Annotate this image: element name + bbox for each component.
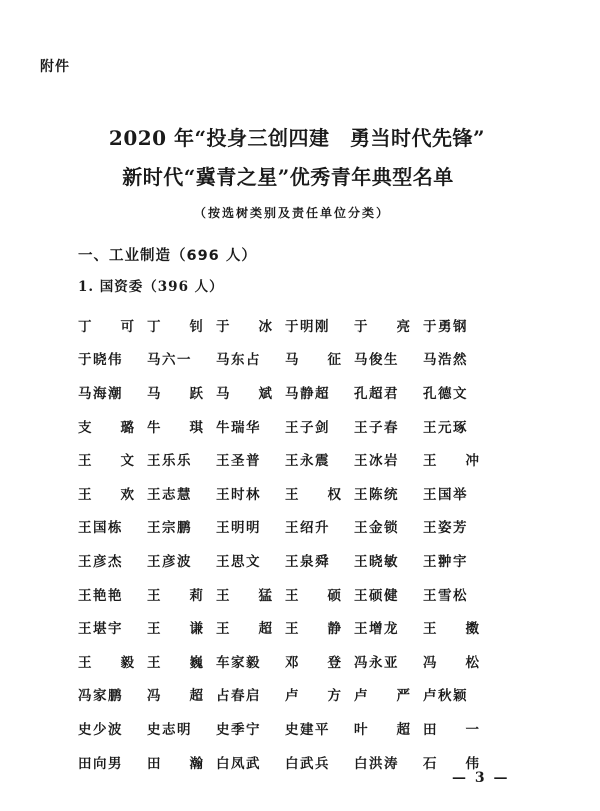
name-entry: 马斌 (216, 382, 285, 402)
name-entry: 马俊生 (354, 348, 423, 368)
name-entry: 卢秋颖 (423, 684, 492, 704)
name-entry: 田一 (423, 718, 492, 738)
name-entry: 白洪涛 (354, 752, 423, 772)
name-entry: 王冰岩 (354, 449, 423, 469)
name-entry: 王子剑 (285, 416, 354, 436)
name-entry: 邓登 (285, 651, 354, 671)
name-entry: 冯松 (423, 651, 492, 671)
name-entry: 孔超君 (354, 382, 423, 402)
name-entry: 王雪松 (423, 584, 492, 604)
name-entry: 史季宁 (216, 718, 285, 738)
name-entry: 于晓伟 (78, 348, 147, 368)
name-entry: 支璐 (78, 416, 147, 436)
name-row: 王堪宇王谦王超王静王增龙王擞 (78, 610, 498, 644)
name-entry: 史少波 (78, 718, 147, 738)
name-entry: 王时林 (216, 483, 285, 503)
name-entry: 王翀宇 (423, 550, 492, 570)
name-entry: 丁可 (78, 315, 147, 335)
name-entry: 占春启 (216, 684, 285, 704)
name-entry: 史建平 (285, 718, 354, 738)
name-entry: 王硕 (285, 584, 354, 604)
name-entry: 王志慧 (147, 483, 216, 503)
name-entry: 王思文 (216, 550, 285, 570)
name-entry: 王莉 (147, 584, 216, 604)
name-entry: 史志明 (147, 718, 216, 738)
name-row: 支璐牛琪牛瑞华王子剑王子春王元琢 (78, 409, 498, 443)
name-row: 马海潮马跃马斌马静超孔超君孔德文 (78, 375, 498, 409)
name-entry: 王晓敏 (354, 550, 423, 570)
section-heading: 一、工业制造（696 人） (78, 244, 257, 265)
name-row: 冯家鹏冯超占春启卢方卢严卢秋颖 (78, 678, 498, 712)
name-entry: 王超 (216, 617, 285, 637)
name-entry: 王擞 (423, 617, 492, 637)
name-entry: 马静超 (285, 382, 354, 402)
name-row: 丁可丁钊于冰于明刚于亮于勇钢 (78, 308, 498, 342)
name-entry: 王静 (285, 617, 354, 637)
name-entry: 马跃 (147, 382, 216, 402)
name-entry: 王堪宇 (78, 617, 147, 637)
name-entry: 冯永亚 (354, 651, 423, 671)
name-entry: 石伟 (423, 752, 492, 772)
name-entry: 王国举 (423, 483, 492, 503)
name-entry: 丁钊 (147, 315, 216, 335)
name-row: 田向男田瀚白凤武白武兵白洪涛石伟 (78, 745, 498, 779)
subsection-heading: 1. 国资委（396 人） (78, 275, 224, 295)
document-title-line-1: 2020 年“投身三创四建 勇当时代先锋” (0, 122, 597, 151)
name-entry: 王权 (285, 483, 354, 503)
document-title-line-2: 新时代“冀青之星”优秀青年典型名单 (0, 161, 588, 190)
name-entry: 王永震 (285, 449, 354, 469)
name-entry: 牛瑞华 (216, 416, 285, 436)
name-entry: 卢严 (354, 684, 423, 704)
attachment-label: 附件 (40, 56, 70, 76)
name-entry: 于勇钢 (423, 315, 492, 335)
name-entry: 王彦杰 (78, 550, 147, 570)
name-entry: 王圣普 (216, 449, 285, 469)
name-entry: 王泉舜 (285, 550, 354, 570)
name-entry: 王乐乐 (147, 449, 216, 469)
document-subtitle: （按选树类别及责任单位分类） (0, 204, 592, 221)
name-entry: 于冰 (216, 315, 285, 335)
name-entry: 于明刚 (285, 315, 354, 335)
name-entry: 王国栋 (78, 516, 147, 536)
name-entry: 孔德文 (423, 382, 492, 402)
name-row: 王国栋王宗鹏王明明王绍升王金锁王姿芳 (78, 510, 498, 544)
name-row: 王彦杰王彦波王思文王泉舜王晓敏王翀宇 (78, 543, 498, 577)
name-entry: 王元琢 (423, 416, 492, 436)
name-entry: 王绍升 (285, 516, 354, 536)
name-entry: 王艳艳 (78, 584, 147, 604)
name-entry: 王姿芳 (423, 516, 492, 536)
name-row: 王欢王志慧王时林王权王陈统王国举 (78, 476, 498, 510)
name-entry: 王猛 (216, 584, 285, 604)
name-entry: 卢方 (285, 684, 354, 704)
name-entry: 马海潮 (78, 382, 147, 402)
name-entry: 王金锁 (354, 516, 423, 536)
name-row: 史少波史志明史季宁史建平叶超田一 (78, 711, 498, 745)
name-entry: 马征 (285, 348, 354, 368)
name-entry: 白凤武 (216, 752, 285, 772)
name-entry: 王增龙 (354, 617, 423, 637)
name-row: 王文王乐乐王圣普王永震王冰岩王冲 (78, 442, 498, 476)
name-entry: 王陈统 (354, 483, 423, 503)
name-entry: 王宗鹏 (147, 516, 216, 536)
page-number: — 3 — (452, 770, 510, 786)
name-row: 王毅王巍车家毅邓登冯永亚冯松 (78, 644, 498, 678)
name-entry: 田瀚 (147, 752, 216, 772)
name-entry: 马浩然 (423, 348, 492, 368)
name-entry: 马东占 (216, 348, 285, 368)
name-entry: 王欢 (78, 483, 147, 503)
name-entry: 王彦波 (147, 550, 216, 570)
name-entry: 王谦 (147, 617, 216, 637)
name-entry: 白武兵 (285, 752, 354, 772)
name-entry: 王子春 (354, 416, 423, 436)
name-entry: 王毅 (78, 651, 147, 671)
name-row: 王艳艳王莉王猛王硕王硕健王雪松 (78, 577, 498, 611)
name-entry: 王冲 (423, 449, 492, 469)
name-list: 丁可丁钊于冰于明刚于亮于勇钢于晓伟马六一马东占马征马俊生马浩然马海潮马跃马斌马静… (78, 308, 498, 778)
name-entry: 叶超 (354, 718, 423, 738)
name-entry: 牛琪 (147, 416, 216, 436)
name-entry: 田向男 (78, 752, 147, 772)
name-entry: 王硕健 (354, 584, 423, 604)
name-entry: 于亮 (354, 315, 423, 335)
name-entry: 王明明 (216, 516, 285, 536)
name-entry: 车家毅 (216, 651, 285, 671)
name-entry: 马六一 (147, 348, 216, 368)
name-entry: 冯超 (147, 684, 216, 704)
name-entry: 王巍 (147, 651, 216, 671)
document-page: 附件 2020 年“投身三创四建 勇当时代先锋” 新时代“冀青之星”优秀青年典型… (0, 0, 600, 811)
name-entry: 冯家鹏 (78, 684, 147, 704)
name-row: 于晓伟马六一马东占马征马俊生马浩然 (78, 342, 498, 376)
name-entry: 王文 (78, 449, 147, 469)
